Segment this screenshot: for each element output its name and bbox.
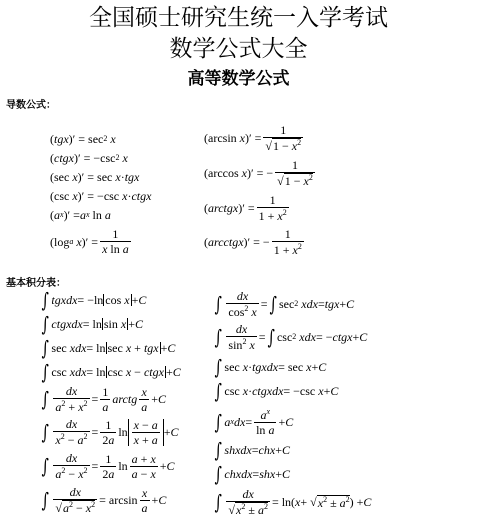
main-title: 全国硕士研究生统一入学考试 [0, 4, 477, 32]
derivatives-heading: 导数公式： [6, 96, 56, 111]
section-title: 高等数学公式 [0, 68, 477, 90]
derivative-formula: (loga x)′ = 1x ln a [50, 228, 133, 255]
integral-formula: ∫tgxdx = −lncos x + C [40, 290, 146, 310]
integral-formula: ∫axdx = axln a + C [213, 408, 293, 436]
integral-formula: ∫dxcos2 x = ∫sec2 xdx = tgx + C [213, 290, 354, 318]
sub-title: 数学公式大全 [0, 35, 477, 63]
derivative-formula: (arcctgx)′ = − 11 + x2 [204, 228, 306, 256]
derivative-formula: (arccos x)′ = − 1√1 − x2 [204, 159, 317, 187]
integral-formula: ∫shxdx = chx + C [213, 440, 290, 460]
integral-formula: ∫chxdx = shx + C [213, 464, 290, 484]
derivative-formula: (sec x)′ = sec x · tgx [50, 171, 139, 183]
derivative-formula: (csc x)′ = −csc x · ctgx [50, 190, 151, 202]
integral-formula: ∫dx√a2 − x2 = arcsin xa + C [40, 486, 166, 514]
derivative-formula: (ctgx)′ = −csc2 x [50, 152, 128, 164]
integrals-heading: 基本积分表： [6, 274, 66, 289]
derivative-formula: (ax)′ = ax ln a [50, 209, 111, 221]
integral-formula: ∫csc x · ctgxdx = −csc x + C [213, 381, 338, 401]
derivative-formula: (arctgx)′ = 11 + x2 [204, 194, 291, 222]
integral-formula: ∫sec x · tgxdx = sec x + C [213, 357, 326, 377]
integral-formula: ∫dxa2 − x2 = 12aln a + xa − x + C [40, 452, 175, 480]
integral-formula: ∫dxsin2 x = ∫csc2 xdx = −ctgx + C [213, 323, 367, 351]
derivative-formula: (arcsin x)′ = 1√1 − x2 [204, 124, 305, 152]
integral-formula: ∫dx√x2 ± a2 = ln(x + √x2 ± a2) + C [213, 488, 371, 516]
integral-formula: ∫dxa2 + x2 = 1aarctg xa+C [40, 385, 166, 413]
integral-formula: ∫ctgxdx = lnsin x + C [40, 314, 143, 334]
integral-formula: ∫sec xdx = lnsec x + tgx + C [40, 338, 175, 358]
integral-formula: ∫dxx2 − a2 = 12alnx − ax + a + C [40, 418, 179, 446]
derivative-formula: (tgx)′ = sec2 x [50, 133, 116, 145]
integral-formula: ∫csc xdx = lncsc x − ctgx + C [40, 362, 181, 382]
